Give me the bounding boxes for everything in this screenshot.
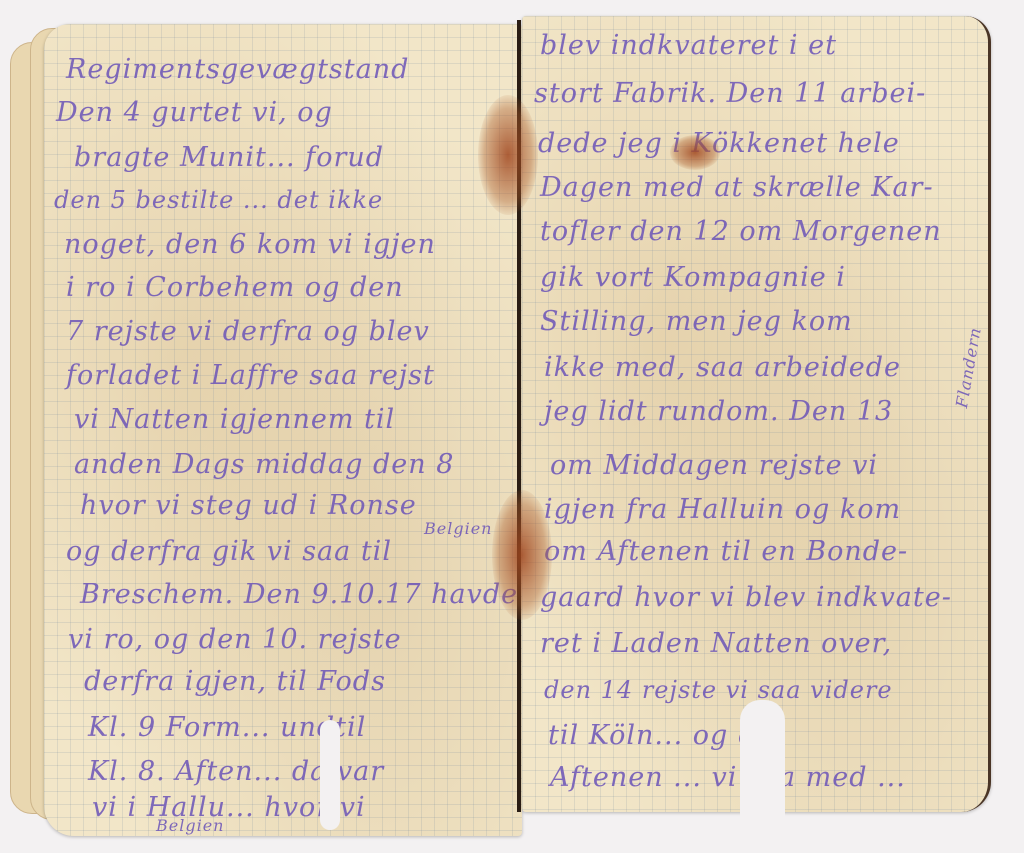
text-line: om Middagen rejste vi <box>550 450 878 481</box>
text-line: om Aftenen til en Bonde- <box>544 536 908 567</box>
torn-edge <box>320 720 340 830</box>
rust-stain <box>478 95 538 215</box>
rust-stain <box>492 490 552 620</box>
text-line: Breschem. Den 9.10.17 havde <box>80 579 518 610</box>
right-page-text: blev indkvateret i et stort Fabrik. Den … <box>522 16 988 812</box>
text-line: igjen fra Halluin og kom <box>544 494 901 525</box>
text-line: blev indkvateret i et <box>540 30 837 61</box>
torn-edge <box>740 700 785 820</box>
margin-note-flandern: Flandern <box>952 326 985 410</box>
text-line: hvor vi steg ud i Ronse <box>80 490 417 521</box>
text-line: anden Dags middag den 8 <box>74 449 454 480</box>
text-line: derfra igjen, til Fods <box>84 666 386 697</box>
text-line: vi Natten igjennem til <box>74 404 395 435</box>
text-line: jeg lidt rundom. Den 13 <box>544 396 893 427</box>
burn-hole <box>670 135 720 170</box>
text-line: noget, den 6 kom vi igjen <box>64 229 436 260</box>
text-line: Den 4 gurtet vi, og <box>56 97 333 128</box>
text-line: Dagen med at skrælle Kar- <box>540 172 934 203</box>
diary-scan: Regimentsgevægtstand Den 4 gurtet vi, og… <box>0 0 1024 853</box>
annotation-belgien: Belgien <box>156 816 224 835</box>
left-page: Regimentsgevægtstand Den 4 gurtet vi, og… <box>44 24 522 836</box>
text-line: og derfra gik vi saa til <box>66 536 392 567</box>
right-page: blev indkvateret i et stort Fabrik. Den … <box>522 16 991 812</box>
text-line: den 5 bestilte ... det ikke <box>54 186 383 214</box>
text-line: Regimentsgevægtstand <box>66 54 409 85</box>
text-line: bragte Munit... forud <box>74 142 384 173</box>
text-line: den 14 rejste vi saa videre <box>544 676 893 704</box>
text-line: ikke med, saa arbeidede <box>544 352 901 383</box>
text-line: Stilling, men jeg kom <box>540 306 853 337</box>
text-line: gaard hvor vi blev indkvate- <box>540 582 952 613</box>
text-line: i ro i Corbehem og den <box>66 272 404 303</box>
text-line: forladet i Laffre saa rejst <box>66 360 435 391</box>
text-line: gik vort Kompagnie i <box>540 262 846 293</box>
text-line: ret i Laden Natten over, <box>540 628 892 659</box>
text-line: Aftenen ... vi saa med ... <box>550 762 906 793</box>
annotation-belgien: Belgien <box>424 519 492 538</box>
text-line: vi ro, og den 10. rejste <box>68 624 402 655</box>
left-page-text: Regimentsgevægtstand Den 4 gurtet vi, og… <box>44 24 522 836</box>
text-line: 7 rejste vi derfra og blev <box>66 316 430 347</box>
text-line: stort Fabrik. Den 11 arbei- <box>534 78 926 109</box>
text-line: tofler den 12 om Morgenen <box>540 216 942 247</box>
